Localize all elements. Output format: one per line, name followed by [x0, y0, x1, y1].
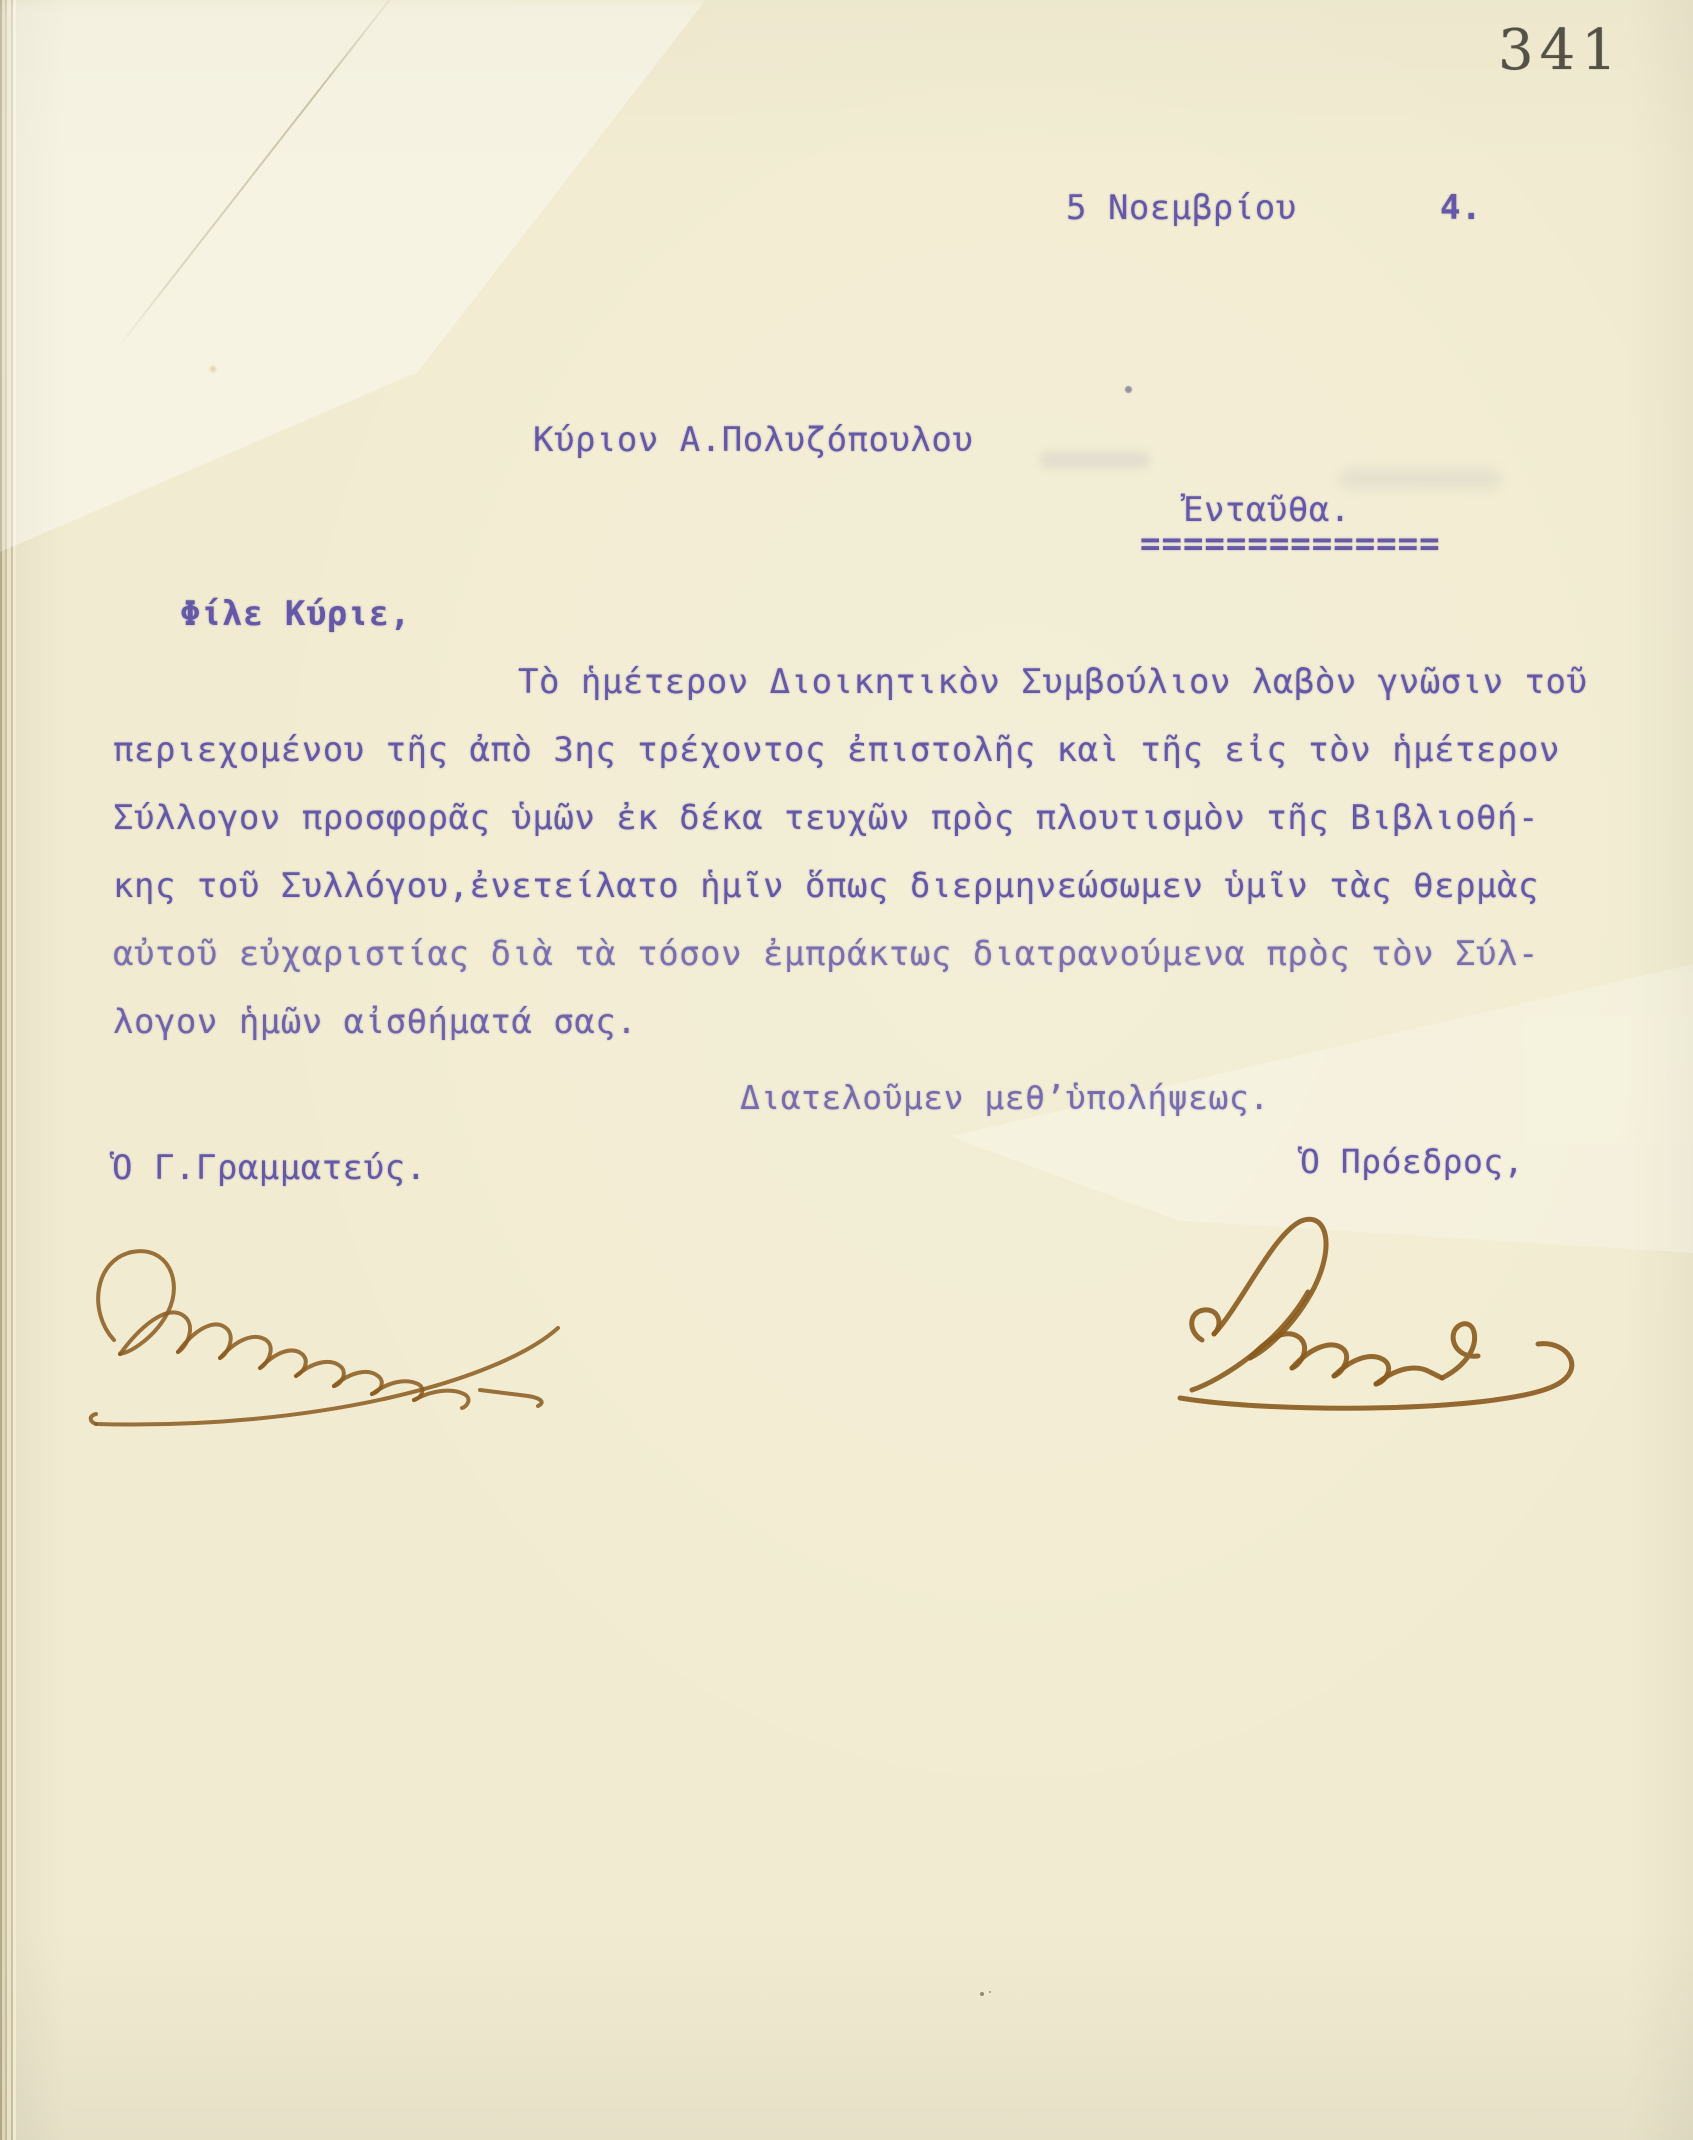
paper-stain: [210, 366, 216, 372]
president-title: Ὁ Πρόεδρος,: [1300, 1142, 1524, 1181]
date-year: 4.: [1440, 188, 1482, 228]
president-signature-ink: [1158, 1200, 1598, 1420]
ink-smudge: [1040, 452, 1150, 468]
body-line: αὐτοῦ εὐχαριστίας διὰ τὰ τόσον ἐμπράκτως…: [113, 934, 1539, 974]
secretary-signature-ink: [80, 1212, 660, 1442]
ink-speck: [980, 1992, 984, 1996]
body-line: λογον ἡμῶν αἰσθήματά σας.: [113, 1002, 637, 1042]
ink-smudge: [1340, 470, 1500, 488]
secretary-title: Ὁ Γ.Γραμματεύς.: [112, 1148, 427, 1188]
letter-page: 341 5 Νοεμβρίου 4. Κύριον Α.Πολυζόπουλου…: [0, 0, 1693, 2140]
page-number: 341: [1498, 18, 1623, 83]
recipient-line: Κύριον Α.Πολυζόπουλου: [533, 420, 973, 460]
paper-fold-top-left: [0, 0, 720, 600]
body-line: περιεχομένου τῆς ἀπὸ 3ης τρέχοντος ἐπιστ…: [113, 730, 1560, 770]
body-line: Τὸ ἡμέτερον Διοικητικὸν Συμβούλιον λαβὸν…: [518, 662, 1587, 702]
ink-speck: [1125, 386, 1132, 393]
closing-line: Διατελοῦμεν μεθ’ὑπολήψεως.: [740, 1078, 1270, 1117]
salutation: Φίλε Κύριε,: [180, 594, 411, 634]
location-underline: ==============: [1140, 524, 1441, 564]
body-line: κης τοῦ Συλλόγου,ἐνετείλατο ἡμῖν ὅπως δι…: [113, 866, 1539, 906]
date-line: 5 Νοεμβρίου: [1066, 188, 1297, 228]
body-line: Σύλλογον προσφορᾶς ὑμῶν ἐκ δέκα τευχῶν π…: [113, 798, 1539, 838]
